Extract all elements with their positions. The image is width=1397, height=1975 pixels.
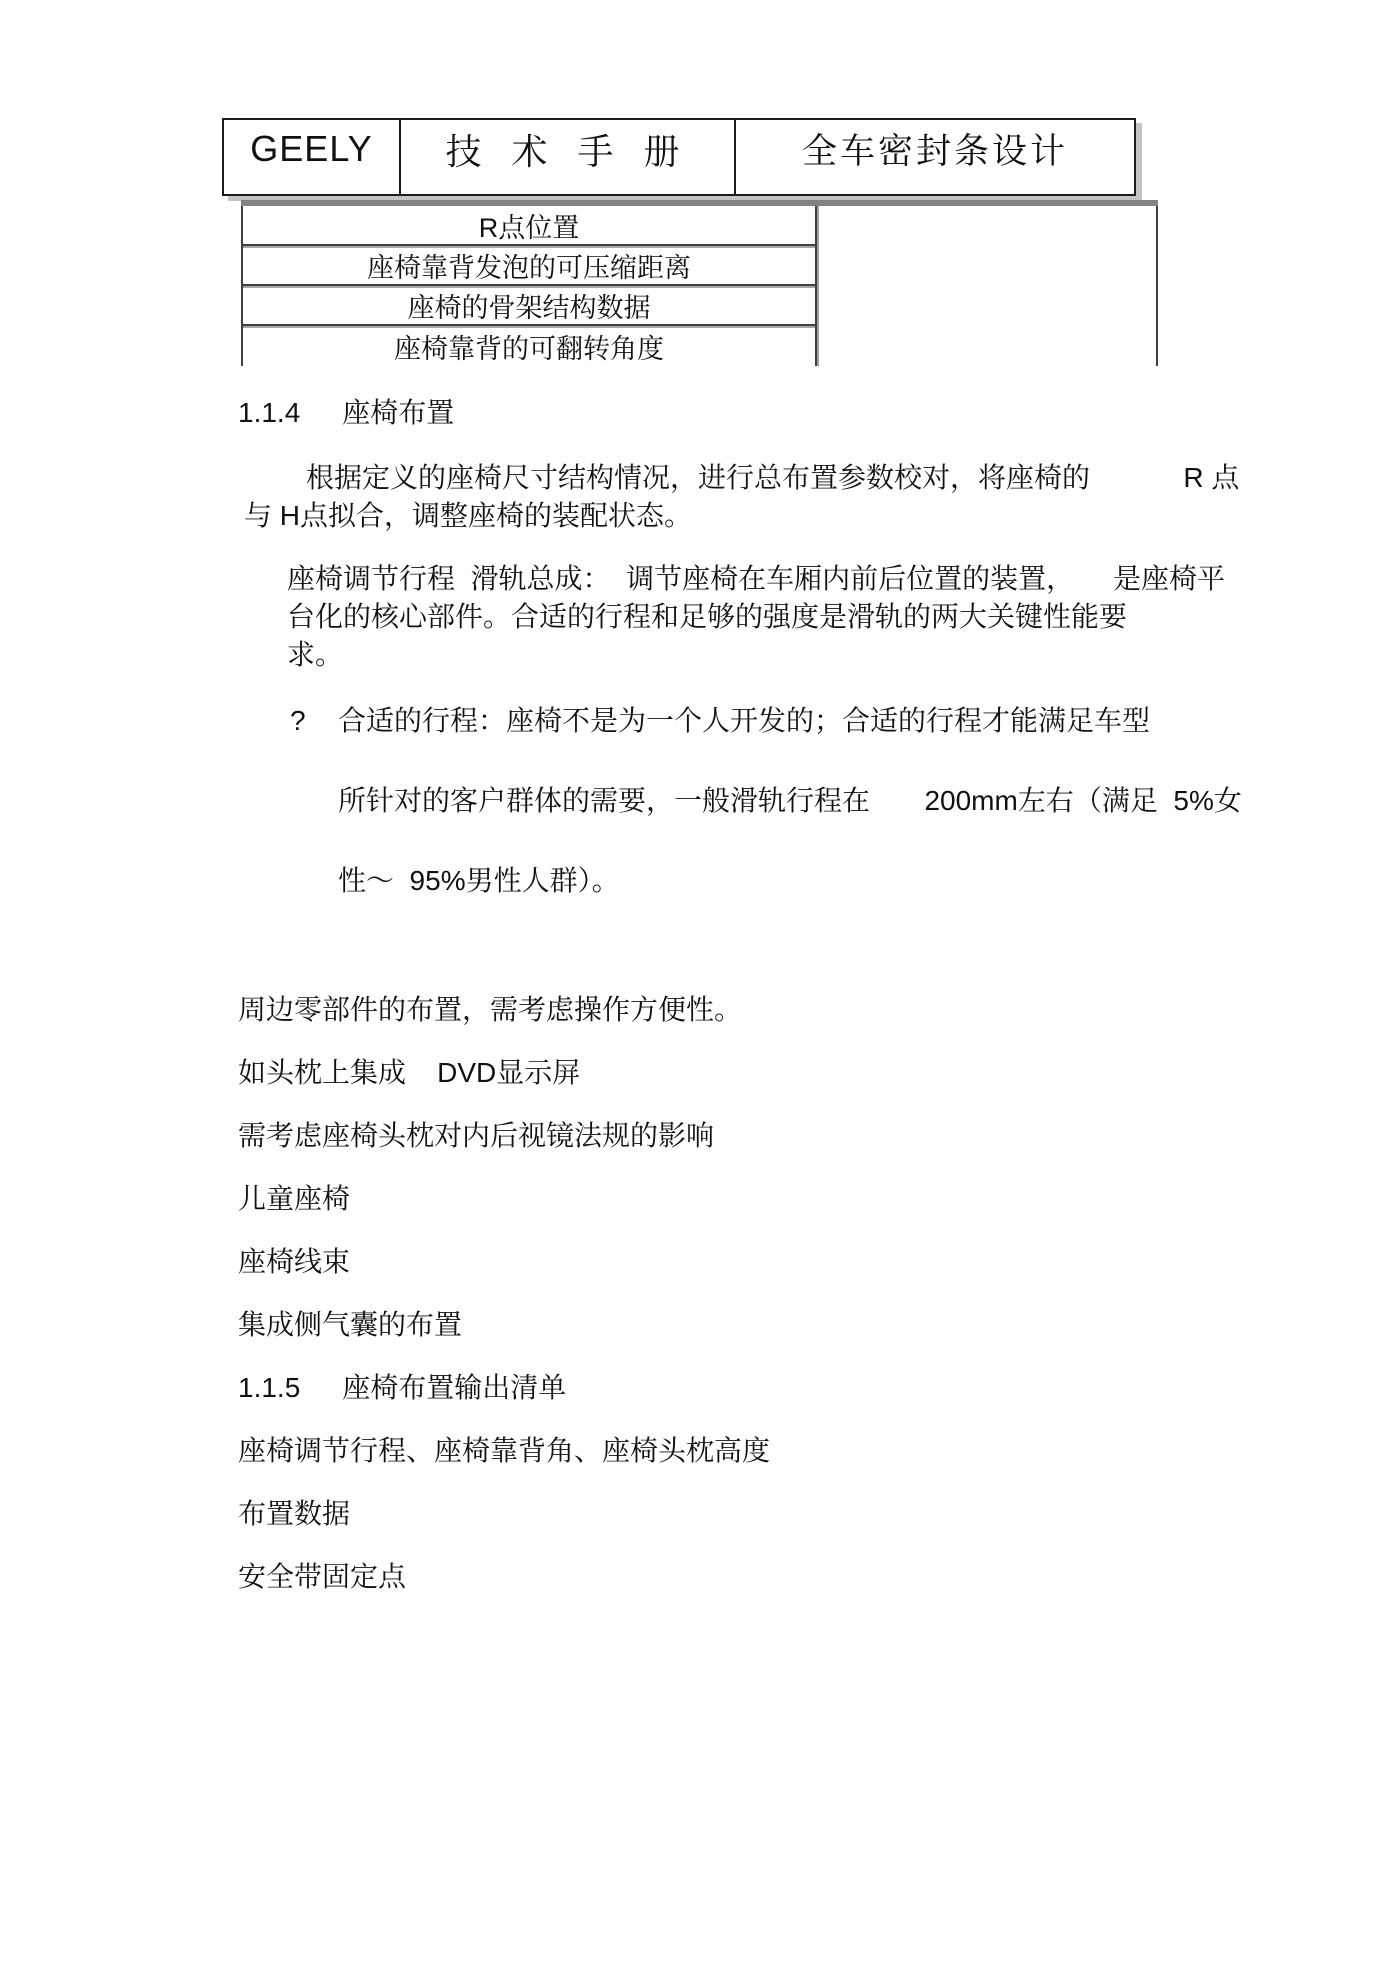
document-title: 全车密封条设计	[736, 120, 1134, 194]
output-line: 座椅调节行程、座椅靠背角、座椅头枕高度	[238, 1434, 770, 1468]
output-line: 安全带固定点	[238, 1560, 406, 1594]
bullet-marker: ?	[290, 701, 338, 901]
note-line: 集成侧气囊的布置	[238, 1308, 462, 1342]
note-line: 如头枕上集成 DVD显示屏	[238, 1056, 580, 1090]
note-line: 座椅线束	[238, 1245, 350, 1279]
seat-spec-table-items-column: R点位置 座椅靠背发泡的可压缩距离 座椅的骨架结构数据 座椅靠背的可翻转角度	[241, 206, 817, 366]
table-row: R点位置	[243, 206, 815, 246]
section-heading-115: 1.1.5 座椅布置输出清单	[238, 1371, 566, 1405]
output-line: 布置数据	[238, 1497, 350, 1531]
bullet-line: 所针对的客户群体的需要，一般滑轨行程在 200mm左右（满足 5%女	[338, 785, 1242, 816]
bullet-line: 合适的行程：座椅不是为一个人开发的；合适的行程才能满足车型	[338, 705, 1150, 736]
table-row: 座椅的骨架结构数据	[243, 286, 815, 326]
brand-logo-text: GEELY	[224, 120, 399, 194]
manual-title: 技 术 手 册	[399, 120, 736, 194]
table-row: 座椅靠背的可翻转角度	[243, 326, 815, 366]
note-line: 周边零部件的布置，需考虑操作方便性。	[238, 993, 742, 1027]
seat-spec-table: R点位置 座椅靠背发泡的可压缩距离 座椅的骨架结构数据 座椅靠背的可翻转角度	[241, 200, 1158, 366]
section-title: 座椅布置输出清单	[342, 1371, 566, 1405]
bullet-line: 性～ 95%男性人群）。	[338, 865, 620, 896]
paragraph-line: 台化的核心部件。合适的行程和足够的强度是滑轨的两大关键性能要	[287, 598, 1127, 636]
bullet-text: 合适的行程：座椅不是为一个人开发的；合适的行程才能满足车型 所针对的客户群体的需…	[338, 701, 1242, 901]
paragraph-line: 与 H点拟合，调整座椅的装配状态。	[244, 497, 692, 535]
section-heading-114: 1.1.4 座椅布置	[238, 396, 454, 430]
note-line: 需考虑座椅头枕对内后视镜法规的影响	[238, 1119, 714, 1153]
section-number: 1.1.5	[238, 1371, 300, 1405]
document-page: GEELY 技 术 手 册 全车密封条设计 R点位置 座椅靠背发泡的可压缩距离 …	[0, 0, 1397, 1975]
table-row: 座椅靠背发泡的可压缩距离	[243, 246, 815, 286]
section-title: 座椅布置	[342, 396, 454, 430]
bullet-item: ? 合适的行程：座椅不是为一个人开发的；合适的行程才能满足车型 所针对的客户群体…	[290, 701, 1242, 901]
paragraph-line: 求。	[287, 636, 343, 674]
note-line: 儿童座椅	[238, 1182, 350, 1216]
header-title-table: GEELY 技 术 手 册 全车密封条设计	[222, 118, 1136, 196]
paragraph-line: 座椅调节行程 滑轨总成： 调节座椅在车厢内前后位置的装置， 是座椅平	[287, 560, 1225, 598]
section-number: 1.1.4	[238, 396, 300, 430]
seat-spec-table-empty-column	[817, 206, 1158, 366]
paragraph-line: 根据定义的座椅尺寸结构情况，进行总布置参数校对，将座椅的 R 点	[306, 459, 1239, 497]
